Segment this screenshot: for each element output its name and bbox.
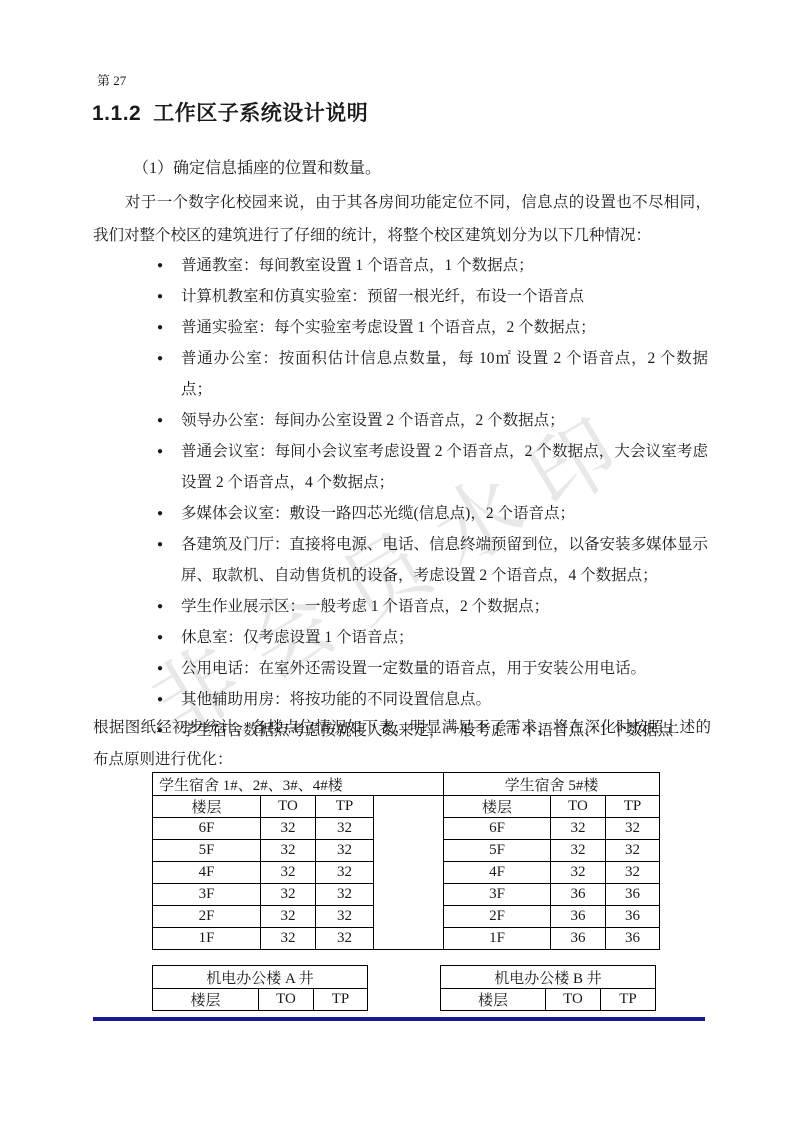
list-item: ●领导办公室：每间办公室设置 2 个语音点，2 个数据点；	[155, 405, 708, 436]
document-page: 非会员水印 第 27 1.1.2工作区子系统设计说明 （1）确定信息插座的位置和…	[0, 0, 793, 1122]
list-item-text: 休息室：仅考虑设置 1 个语音点；	[181, 629, 414, 646]
cell-floor: 5F	[444, 840, 551, 862]
footer-rule	[93, 1017, 705, 1021]
office-b-table-wrap: 机电办公楼 B 井 楼层 TO TP	[440, 965, 656, 1011]
intro-paragraph: 对于一个数字化校园来说，由于其各房间功能定位不同，信息点的设置也不尽相同，我们对…	[93, 186, 711, 252]
cell-tp: 32	[316, 928, 374, 950]
list-item: ●普通教室：每间教室设置 1 个语音点，1 个数据点；	[155, 250, 708, 281]
cell-tp: 32	[606, 840, 660, 862]
cell-floor: 6F	[153, 818, 261, 840]
column-header-to: TO	[551, 796, 606, 818]
list-item: ●多媒体会议室：敷设一路四芯光缆(信息点)，2 个语音点；	[155, 498, 708, 529]
dormitory-tables: 学生宿舍 1#、2#、3#、4#楼 学生宿舍 5#楼 楼层 TO TP 楼层 T…	[152, 772, 660, 950]
cell-to: 32	[551, 818, 606, 840]
list-item-text: 普通实验室：每个实验室考虑设置 1 个语音点，2 个数据点；	[181, 319, 596, 336]
list-item-text: 其他辅助用房：将按功能的不同设置信息点。	[181, 691, 491, 708]
cell-to: 32	[261, 840, 316, 862]
list-item-text: 计算机教室和仿真实验室：预留一根光纤，布设一个语音点	[181, 288, 584, 305]
cell-to: 32	[261, 906, 316, 928]
cell-to: 32	[261, 928, 316, 950]
list-item-text: 普通会议室：每间小会议室考虑设置 2 个语音点，2 个数据点，大会议室考虑设置 …	[181, 443, 708, 491]
cell-floor: 1F	[444, 928, 551, 950]
bullet-icon: ●	[157, 653, 163, 684]
list-item-text: 领导办公室：每间办公室设置 2 个语音点，2 个数据点；	[181, 412, 565, 429]
cell-tp: 36	[606, 906, 660, 928]
column-header-tp: TP	[316, 796, 374, 818]
column-header-floor: 楼层	[153, 989, 259, 1011]
bullet-icon: ●	[157, 529, 163, 560]
dorm14-table-title: 学生宿舍 1#、2#、3#、4#楼	[153, 773, 444, 796]
cell-floor: 2F	[444, 906, 551, 928]
table-header-row: 楼层 TO TP 楼层 TO TP	[153, 796, 660, 818]
table-header-row: 楼层 TO TP	[441, 989, 656, 1011]
list-item-text: 普通办公室：按面积估计信息点数量，每 10㎡ 设置 2 个语音点，2 个数据点；	[181, 350, 708, 398]
list-item-text: 多媒体会议室：敷设一路四芯光缆(信息点)，2 个语音点；	[181, 505, 575, 522]
table-gap-cell	[374, 796, 444, 950]
cell-tp: 32	[316, 906, 374, 928]
cell-floor: 3F	[153, 884, 261, 906]
column-header-to: TO	[261, 796, 316, 818]
list-item: ●普通办公室：按面积估计信息点数量，每 10㎡ 设置 2 个语音点，2 个数据点…	[155, 343, 708, 405]
bullet-icon: ●	[157, 281, 163, 312]
column-header-to: TO	[259, 989, 314, 1011]
list-item-text: 公用电话：在室外还需设置一定数量的语音点，用于安装公用电话。	[181, 660, 646, 677]
cell-tp: 36	[606, 884, 660, 906]
cell-tp: 32	[316, 840, 374, 862]
cell-floor: 1F	[153, 928, 261, 950]
cell-floor: 4F	[444, 862, 551, 884]
office-b-table-title: 机电办公楼 B 井	[441, 966, 656, 989]
cell-floor: 5F	[153, 840, 261, 862]
table-row: 机电办公楼 B 井	[441, 966, 656, 989]
column-header-tp: TP	[314, 989, 368, 1011]
column-header-tp: TP	[606, 796, 660, 818]
bullet-icon: ●	[157, 312, 163, 343]
list-item-text: 学生作业展示区：一般考虑 1 个语音点，2 个数据点；	[181, 598, 549, 615]
page-content: 第 27 1.1.2工作区子系统设计说明 （1）确定信息插座的位置和数量。 对于…	[0, 0, 793, 1122]
paragraph-item-1: （1）确定信息插座的位置和数量。	[133, 155, 381, 178]
bullet-icon: ●	[157, 343, 163, 374]
cell-tp: 36	[606, 928, 660, 950]
bullet-icon: ●	[157, 405, 163, 436]
column-header-floor: 楼层	[441, 989, 546, 1011]
column-header-floor: 楼层	[153, 796, 261, 818]
page-number: 第 27	[97, 70, 126, 89]
list-item: ●公用电话：在室外还需设置一定数量的语音点，用于安装公用电话。	[155, 653, 708, 684]
office-b-table: 机电办公楼 B 井 楼层 TO TP	[440, 965, 656, 1011]
bullet-list: ●普通教室：每间教室设置 1 个语音点，1 个数据点； ●计算机教室和仿真实验室…	[155, 250, 708, 746]
cell-tp: 32	[316, 862, 374, 884]
cell-tp: 32	[606, 862, 660, 884]
cell-to: 32	[261, 862, 316, 884]
cell-tp: 32	[316, 818, 374, 840]
cell-tp: 32	[316, 884, 374, 906]
list-item-text: 各建筑及门厅：直接将电源、电话、信息终端预留到位，以备安装多媒体显示屏、取款机、…	[181, 536, 708, 584]
bullet-icon: ●	[157, 684, 163, 715]
column-header-floor: 楼层	[444, 796, 551, 818]
office-a-table-title: 机电办公楼 A 井	[153, 966, 368, 989]
bullet-icon: ●	[157, 436, 163, 467]
cell-to: 32	[551, 862, 606, 884]
bullet-icon: ●	[157, 498, 163, 529]
office-a-table-wrap: 机电办公楼 A 井 楼层 TO TP	[152, 965, 368, 1011]
list-item: ●其他辅助用房：将按功能的不同设置信息点。	[155, 684, 708, 715]
cell-to: 32	[261, 818, 316, 840]
cell-floor: 6F	[444, 818, 551, 840]
table-row: 学生宿舍 1#、2#、3#、4#楼 学生宿舍 5#楼	[153, 773, 660, 796]
cell-to: 32	[551, 840, 606, 862]
bullet-icon: ●	[157, 591, 163, 622]
section-heading: 1.1.2工作区子系统设计说明	[92, 97, 368, 127]
cell-to: 36	[551, 906, 606, 928]
cell-floor: 4F	[153, 862, 261, 884]
cell-to: 36	[551, 928, 606, 950]
dorm-points-table: 学生宿舍 1#、2#、3#、4#楼 学生宿舍 5#楼 楼层 TO TP 楼层 T…	[152, 772, 660, 950]
bullet-icon: ●	[157, 622, 163, 653]
section-number: 1.1.2	[92, 102, 141, 125]
summary-paragraph: 根据图纸经初步统计，各楼点位情况如下表，明显满足不了需求，将在深化时按照上述的布…	[93, 712, 711, 776]
list-item: ●休息室：仅考虑设置 1 个语音点；	[155, 622, 708, 653]
cell-to: 36	[551, 884, 606, 906]
column-header-to: TO	[546, 989, 601, 1011]
table-header-row: 楼层 TO TP	[153, 989, 368, 1011]
cell-to: 32	[261, 884, 316, 906]
cell-floor: 2F	[153, 906, 261, 928]
cell-floor: 3F	[444, 884, 551, 906]
list-item: ●各建筑及门厅：直接将电源、电话、信息终端预留到位，以备安装多媒体显示屏、取款机…	[155, 529, 708, 591]
list-item-text: 普通教室：每间教室设置 1 个语音点，1 个数据点；	[181, 257, 534, 274]
bullet-icon: ●	[157, 250, 163, 281]
office-a-table: 机电办公楼 A 井 楼层 TO TP	[152, 965, 368, 1011]
cell-tp: 32	[606, 818, 660, 840]
table-row: 机电办公楼 A 井	[153, 966, 368, 989]
section-title: 工作区子系统设计说明	[153, 102, 368, 125]
column-header-tp: TP	[601, 989, 656, 1011]
list-item: ●普通会议室：每间小会议室考虑设置 2 个语音点，2 个数据点，大会议室考虑设置…	[155, 436, 708, 498]
list-item: ●计算机教室和仿真实验室：预留一根光纤，布设一个语音点	[155, 281, 708, 312]
list-item: ●学生作业展示区：一般考虑 1 个语音点，2 个数据点；	[155, 591, 708, 622]
dorm5-table-title: 学生宿舍 5#楼	[444, 773, 660, 796]
list-item: ●普通实验室：每个实验室考虑设置 1 个语音点，2 个数据点；	[155, 312, 708, 343]
